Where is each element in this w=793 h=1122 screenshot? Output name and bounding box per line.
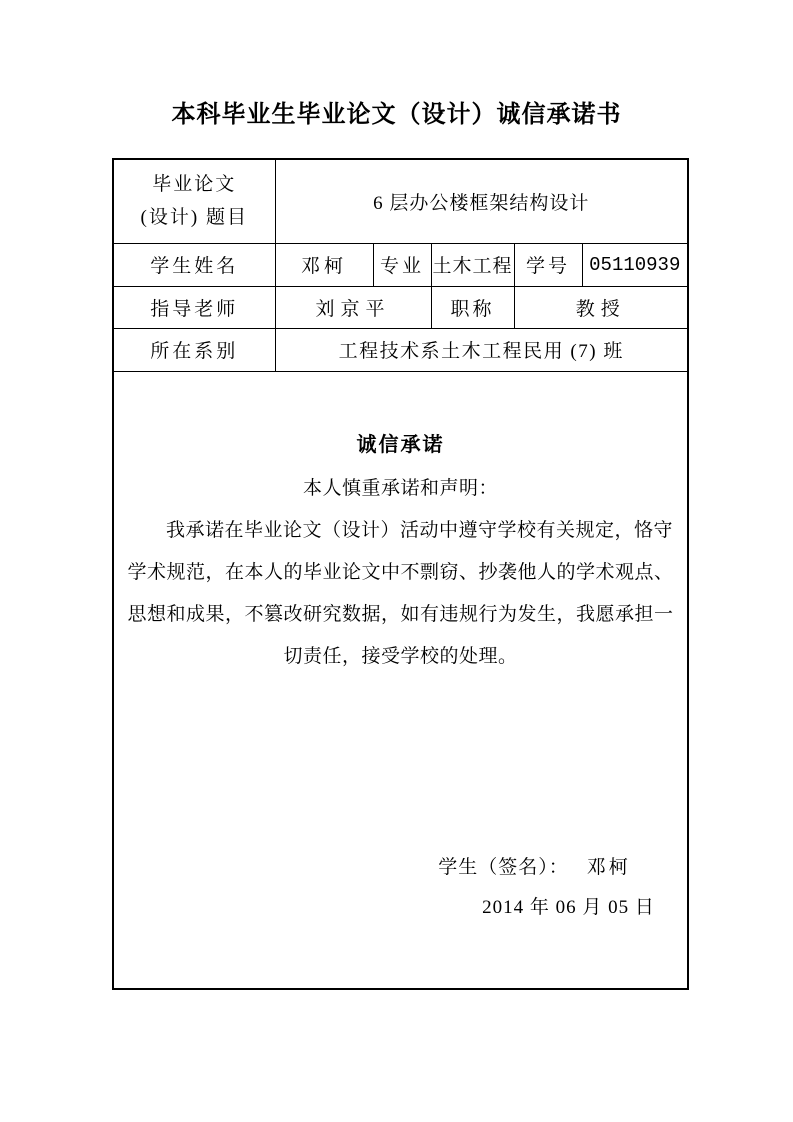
thesis-title-label-line1: 毕业论文 (114, 168, 275, 201)
signature-date: 2014 年 06 月 05 日 (114, 888, 687, 928)
pledge-paragraph-line-2: 学术规范，在本人的毕业论文中不剽窃、抄袭他人的学术观点、 (114, 552, 687, 594)
pledge-body-cell: 诚信承诺 本人慎重承诺和声明： 我承诺在毕业论文（设计）活动中遵守学校有关规定，… (113, 371, 688, 989)
pledge-paragraph-line-3: 思想和成果，不篡改研究数据，如有违规行为发生，我愿承担一 (114, 594, 687, 636)
thesis-title-value: 6 层办公楼框架结构设计 (275, 159, 688, 243)
page-title: 本科毕业生毕业论文（设计）诚信承诺书 (0, 94, 793, 129)
thesis-title-label-line2: (设计) 题目 (114, 201, 275, 234)
signature-line: 学生（签名）：邓柯 (114, 848, 687, 888)
major-label: 专业 (373, 243, 431, 286)
signature-label: 学生（签名）： (438, 857, 569, 878)
student-info-row: 学生姓名 邓柯 专业 土木工程 学号 05110939 (113, 243, 688, 286)
advisor-title-value: 教授 (514, 286, 688, 328)
pledge-body-row: 诚信承诺 本人慎重承诺和声明： 我承诺在毕业论文（设计）活动中遵守学校有关规定，… (113, 371, 688, 989)
pledge-paragraph-line-1: 我承诺在毕业论文（设计）活动中遵守学校有关规定，恪守 (114, 510, 687, 552)
document-page: 本科毕业生毕业论文（设计）诚信承诺书 毕业论文 (设计) 题目 6 层办公楼框架… (0, 0, 793, 1122)
student-name-label: 学生姓名 (113, 243, 275, 286)
pledge-paragraph-line-4: 切责任，接受学校的处理。 (114, 636, 687, 678)
student-id-label: 学号 (514, 243, 582, 286)
pledge-form-table: 毕业论文 (设计) 题目 6 层办公楼框架结构设计 学生姓名 邓柯 专业 土木工… (112, 158, 689, 990)
department-row: 所在系别 工程技术系土木工程民用 (7) 班 (113, 328, 688, 371)
advisor-name-value: 刘京平 (275, 286, 431, 328)
major-value: 土木工程 (431, 243, 514, 286)
signature-name: 邓柯 (587, 857, 631, 878)
pledge-intro: 本人慎重承诺和声明： (114, 468, 687, 510)
thesis-title-row: 毕业论文 (设计) 题目 6 层办公楼框架结构设计 (113, 159, 688, 243)
student-id-value: 05110939 (582, 243, 688, 286)
department-value: 工程技术系土木工程民用 (7) 班 (275, 328, 688, 371)
advisor-title-label: 职称 (431, 286, 514, 328)
advisor-row: 指导老师 刘京平 职称 教授 (113, 286, 688, 328)
department-label: 所在系别 (113, 328, 275, 371)
pledge-heading: 诚信承诺 (114, 432, 687, 458)
thesis-title-label: 毕业论文 (设计) 题目 (113, 159, 275, 243)
advisor-label: 指导老师 (113, 286, 275, 328)
student-name-value: 邓柯 (275, 243, 373, 286)
